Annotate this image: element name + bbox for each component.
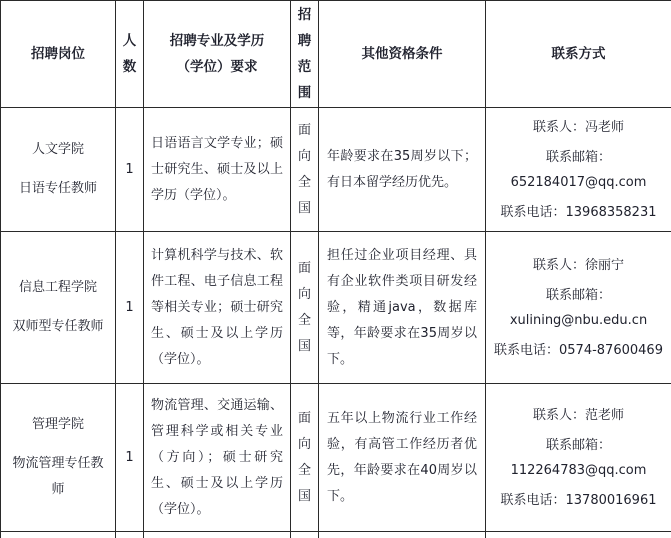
recruitment-scope-cell: 面向全国 bbox=[291, 232, 319, 384]
count-cell: 1 bbox=[116, 384, 144, 532]
table-row: 人文学院 日语专任教师 1 日语语言文学专业；硕士研究生、硕士及以上学历（学位）… bbox=[1, 108, 671, 232]
header-row: 招聘岗位 人数 招聘专业及学历 （学位）要求 招聘范围 其他资格条件 联系方式 bbox=[1, 1, 671, 108]
empty-cell bbox=[319, 532, 486, 538]
header-count: 人数 bbox=[116, 1, 144, 108]
contact-email: 联系邮箱：xulining@nbu.edu.cn bbox=[491, 283, 666, 333]
other-qualifications-cell: 五年以上物流行业工作经验，有高管工作经历者优先，年龄要求在40周岁以下。 bbox=[319, 384, 486, 532]
header-major-requirements: 招聘专业及学历 （学位）要求 bbox=[144, 1, 291, 108]
other-qualifications-cell: 年龄要求在35周岁以下；有日本留学经历优先。 bbox=[319, 108, 486, 232]
contact-phone: 联系电话：13968358231 bbox=[491, 200, 666, 225]
contact-person: 联系人：徐丽宁 bbox=[491, 253, 666, 278]
header-other-qualifications: 其他资格条件 bbox=[319, 1, 486, 108]
position-title: 双师型专任教师 bbox=[9, 314, 107, 340]
major-requirements-cell: 物流管理、交通运输、管理科学或相关专业（方向）；硕士研究生、硕士及以上学历（学位… bbox=[144, 384, 291, 532]
recruitment-scope-cell: 面向全国 bbox=[291, 108, 319, 232]
table-row: 管理学院 物流管理专任教师 1 物流管理、交通运输、管理科学或相关专业（方向）；… bbox=[1, 384, 671, 532]
position-cell: 人文学院 日语专任教师 bbox=[1, 108, 116, 232]
contact-cell: 联系人：冯老师 联系邮箱：652184017@qq.com 联系电话：13968… bbox=[486, 108, 671, 232]
empty-cell bbox=[486, 532, 671, 538]
position-college: 管理学院 bbox=[9, 412, 107, 438]
contact-cell: 联系人：徐丽宁 联系邮箱：xulining@nbu.edu.cn 联系电话：05… bbox=[486, 232, 671, 384]
header-position: 招聘岗位 bbox=[1, 1, 116, 108]
contact-email: 联系邮箱：112264783@qq.com bbox=[491, 433, 666, 483]
contact-email: 联系邮箱：652184017@qq.com bbox=[491, 145, 666, 195]
empty-cell bbox=[1, 532, 116, 538]
empty-cell bbox=[144, 532, 291, 538]
empty-cell bbox=[291, 532, 319, 538]
major-requirements-cell: 计算机科学与技术、软件工程、电子信息工程等相关专业；硕士研究生、硕士及以上学历（… bbox=[144, 232, 291, 384]
position-title: 日语专任教师 bbox=[9, 176, 107, 202]
table-row-partial bbox=[1, 532, 671, 538]
header-recruitment-scope: 招聘范围 bbox=[291, 1, 319, 108]
recruitment-scope-cell: 面向全国 bbox=[291, 384, 319, 532]
position-college: 信息工程学院 bbox=[9, 275, 107, 301]
count-cell: 1 bbox=[116, 108, 144, 232]
position-title: 物流管理专任教师 bbox=[9, 451, 107, 503]
other-qualifications-cell: 担任过企业项目经理、具有企业软件类项目研发经验，精通java，数据库等，年龄要求… bbox=[319, 232, 486, 384]
contact-person: 联系人：冯老师 bbox=[491, 115, 666, 140]
table-row: 信息工程学院 双师型专任教师 1 计算机科学与技术、软件工程、电子信息工程等相关… bbox=[1, 232, 671, 384]
count-cell: 1 bbox=[116, 232, 144, 384]
position-cell: 信息工程学院 双师型专任教师 bbox=[1, 232, 116, 384]
major-requirements-cell: 日语语言文学专业；硕士研究生、硕士及以上学历（学位）。 bbox=[144, 108, 291, 232]
contact-phone: 联系电话：0574-87600469 bbox=[491, 338, 666, 363]
contact-person: 联系人：范老师 bbox=[491, 403, 666, 428]
position-cell: 管理学院 物流管理专任教师 bbox=[1, 384, 116, 532]
contact-cell: 联系人：范老师 联系邮箱：112264783@qq.com 联系电话：13780… bbox=[486, 384, 671, 532]
recruitment-table: 招聘岗位 人数 招聘专业及学历 （学位）要求 招聘范围 其他资格条件 联系方式 … bbox=[0, 0, 671, 538]
position-college: 人文学院 bbox=[9, 137, 107, 163]
empty-cell bbox=[116, 532, 144, 538]
contact-phone: 联系电话：13780016961 bbox=[491, 488, 666, 513]
header-contact-info: 联系方式 bbox=[486, 1, 671, 108]
